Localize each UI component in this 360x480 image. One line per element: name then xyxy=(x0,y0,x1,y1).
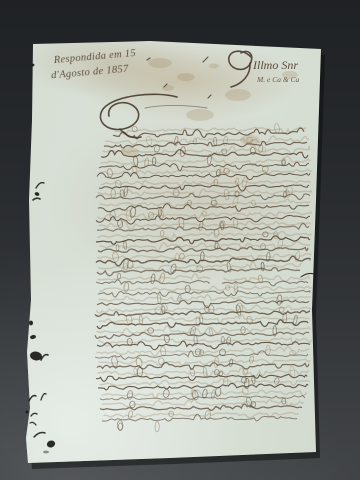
bleedthrough-line xyxy=(98,274,211,281)
bleedthrough-line xyxy=(101,181,311,186)
handwriting-line xyxy=(97,172,310,180)
ink-blot xyxy=(43,451,49,454)
pen-loop xyxy=(150,274,155,284)
pen-loop xyxy=(111,356,118,367)
ink-blot xyxy=(32,64,35,67)
foxing-spot xyxy=(225,89,251,101)
foxing-spot xyxy=(282,71,298,79)
initial-crossbar xyxy=(145,105,207,108)
foxing-spot xyxy=(121,147,139,157)
foxing-spot xyxy=(186,109,214,121)
pen-loop xyxy=(220,167,225,173)
pen-loop xyxy=(155,422,160,432)
ink-mark xyxy=(41,355,48,360)
foxing-spot xyxy=(148,58,172,68)
bleedthrough-line xyxy=(100,286,312,291)
body-text-lines xyxy=(95,123,312,432)
foxing-spot xyxy=(209,64,219,69)
foxing-spot xyxy=(240,135,260,145)
pen-loop xyxy=(112,252,119,263)
pen-loop xyxy=(224,189,230,200)
ink-mark xyxy=(30,422,36,425)
pen-loop xyxy=(198,221,203,231)
photo-canvas: Respondida em 15 d'Agosto de 1857 Illmo … xyxy=(0,0,360,480)
ink-blot xyxy=(30,334,37,339)
bleedthrough-line xyxy=(224,276,310,282)
bleedthrough-line xyxy=(100,379,310,386)
fly-speck xyxy=(208,95,211,98)
foxing-spot xyxy=(177,73,195,81)
ink-mark xyxy=(36,183,44,188)
pen-loop xyxy=(157,294,161,303)
annotation-line-2: d'Agosto de 1857 xyxy=(51,64,130,82)
handwriting-layer: Respondida em 15 d'Agosto de 1857 Illmo … xyxy=(0,0,360,480)
ink-mark xyxy=(41,394,46,400)
ink-blot xyxy=(29,321,33,326)
pen-loop xyxy=(274,123,280,133)
bleedthrough-line xyxy=(98,212,312,219)
initial-loop xyxy=(100,94,177,129)
pen-loop xyxy=(273,231,278,239)
ink-mark xyxy=(34,433,45,438)
handwriting-line xyxy=(96,374,307,381)
pen-loop xyxy=(146,136,153,146)
pen-loop xyxy=(118,423,122,430)
pen-loop xyxy=(261,262,265,271)
bleedthrough-line xyxy=(99,295,311,303)
ink-mark xyxy=(31,413,37,416)
ink-blot xyxy=(34,191,40,196)
ink-blot xyxy=(46,439,56,448)
fly-speck xyxy=(203,57,208,62)
fly-speck xyxy=(147,58,150,60)
bleedthrough-line xyxy=(99,358,311,366)
handwriting-line xyxy=(95,332,309,339)
pen-loop xyxy=(250,147,256,155)
pen-loop xyxy=(249,356,254,364)
bleedthrough-line xyxy=(101,156,311,166)
pen-loop xyxy=(214,357,219,367)
ink-mark xyxy=(33,198,40,200)
pen-loop xyxy=(160,230,164,237)
addressee-line-1: Illmo Snr xyxy=(252,58,298,72)
ink-blot xyxy=(26,411,29,414)
addressee-block: Illmo Snr M. e Ca & Ca xyxy=(229,51,300,87)
archival-date-annotation: Respondida em 15 d'Agosto de 1857 xyxy=(49,48,137,81)
pen-loop xyxy=(233,218,237,229)
ink-mark xyxy=(29,396,36,401)
foxing-spot xyxy=(162,85,174,91)
handwriting-line xyxy=(96,193,310,199)
addressee-flourish-loop xyxy=(229,51,252,69)
